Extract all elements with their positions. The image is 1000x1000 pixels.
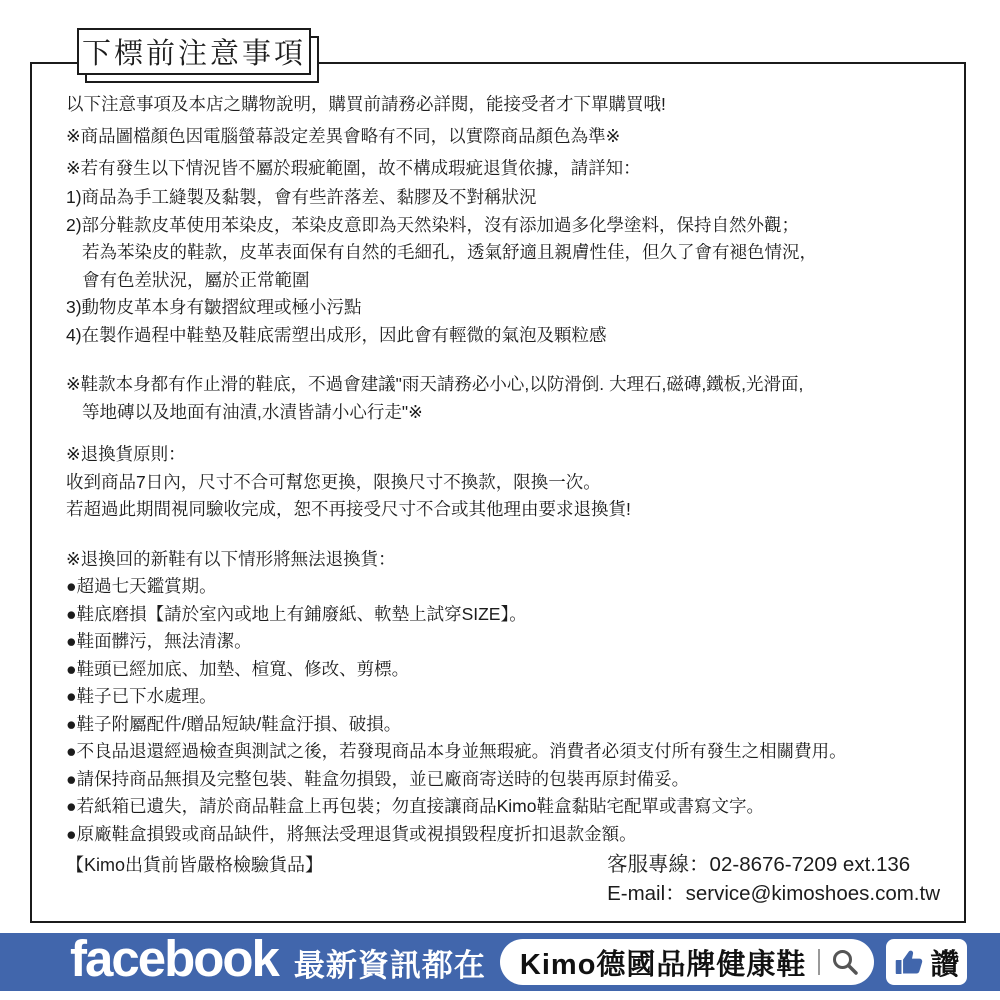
like-label: 讚 bbox=[930, 942, 959, 983]
service-phone: 客服專線：02-8676-7209 ext.136 bbox=[607, 850, 940, 879]
like-button[interactable]: 讚 bbox=[886, 939, 967, 985]
thumbs-up-icon bbox=[894, 946, 926, 978]
notice-line: ※鞋款本身都有作止滑的鞋底，不過會建議"雨天請務必小心,以防滑倒. 大理石,磁磚… bbox=[66, 371, 952, 399]
search-divider bbox=[818, 949, 820, 975]
search-query-text: Kimo德國品牌健康鞋 bbox=[520, 942, 807, 983]
notice-line: 收到商品7日內，尺寸不合可幫您更換，限換尺寸不換款，限換一次。 bbox=[66, 469, 952, 497]
notice-line: ●鞋面髒污，無法清潔。 bbox=[66, 628, 952, 656]
footer: 【Kimo出貨前皆嚴格檢驗貨品】 客服專線：02-8676-7209 ext.1… bbox=[66, 850, 940, 908]
notice-line: 若為苯染皮的鞋款，皮革表面保有自然的毛細孔，透氣舒適且親膚性佳，但久了會有褪色情… bbox=[66, 239, 952, 267]
notice-line: ●原廠鞋盒損毀或商品缺件，將無法受理退貨或視損毀程度折扣退款金額。 bbox=[66, 821, 952, 849]
notice-line: ※若有發生以下情況皆不屬於瑕疵範圍，故不構成瑕疵退貨依據，請詳知： bbox=[66, 152, 952, 184]
notice-line: 1)商品為手工縫製及黏製，會有些許落差、黏膠及不對稱狀況 bbox=[66, 184, 952, 212]
notice-line: 等地磚以及地面有油漬,水漬皆請小心行走"※ bbox=[66, 399, 952, 427]
notice-line: ●請保持商品無損及完整包裝、鞋盒勿損毀，並已廠商寄送時的包裝再原封備妥。 bbox=[66, 766, 952, 794]
page-title: 下標前注意事項 bbox=[77, 28, 311, 75]
notice-line: ●鞋子附屬配件/贈品短缺/鞋盒汙損、破損。 bbox=[66, 711, 952, 739]
notice-line: ●超過七天鑑賞期。 bbox=[66, 573, 952, 601]
inspection-note: 【Kimo出貨前皆嚴格檢驗貨品】 bbox=[66, 850, 323, 880]
service-email: E-mail：service@kimoshoes.com.tw bbox=[607, 879, 940, 908]
notice-line: ●不良品退還經過檢查與測試之後，若發現商品本身並無瑕疵。消費者必須支付所有發生之… bbox=[66, 738, 952, 766]
notice-line: 若超過此期間視同驗收完成，恕不再接受尺寸不合或其他理由要求退換貨! bbox=[66, 496, 952, 524]
notice-line: 會有色差狀況，屬於正常範圍 bbox=[66, 267, 952, 295]
notice-line: ※退換回的新鞋有以下情形將無法退換貨： bbox=[66, 546, 952, 574]
facebook-banner: facebook 最新資訊都在 Kimo德國品牌健康鞋 讚 bbox=[0, 933, 1000, 991]
page: 下標前注意事項 以下注意事項及本店之購物說明，購買前請務必詳閱，能接受者才下單購… bbox=[0, 0, 1000, 1000]
notice-line: ●若紙箱已遺失，請於商品鞋盒上再包裝；勿直接讓商品Kimo鞋盒黏貼宅配單或書寫文… bbox=[66, 793, 952, 821]
notice-line: 3)動物皮革本身有皺摺紋理或極小污點 bbox=[66, 294, 952, 322]
banner-tagline: 最新資訊都在 bbox=[294, 940, 486, 985]
notice-line: 4)在製作過程中鞋墊及鞋底需塑出成形，因此會有輕微的氣泡及顆粒感 bbox=[66, 322, 952, 350]
notice-line: ●鞋子已下水處理。 bbox=[66, 683, 952, 711]
notice-line: ※商品圖檔顏色因電腦螢幕設定差異會略有不同，以實際商品顏色為準※ bbox=[66, 120, 952, 152]
notice-line: 2)部分鞋款皮革使用苯染皮，苯染皮意即為天然染料，沒有添加過多化學塗料，保持自然… bbox=[66, 212, 952, 240]
search-icon[interactable] bbox=[830, 947, 860, 977]
notice-line: ●鞋底磨損【請於室內或地上有鋪廢紙、軟墊上試穿SIZE】。 bbox=[66, 601, 952, 629]
notice-body: 以下注意事項及本店之購物說明，購買前請務必詳閱，能接受者才下單購買哦!※商品圖檔… bbox=[66, 88, 952, 848]
contact-info: 客服專線：02-8676-7209 ext.136 E-mail：service… bbox=[607, 850, 940, 908]
facebook-logo[interactable]: facebook bbox=[70, 930, 278, 988]
notice-line: ※退換貨原則： bbox=[66, 441, 952, 469]
notice-line: ●鞋頭已經加底、加墊、楦寬、修改、剪標。 bbox=[66, 656, 952, 684]
facebook-search-box[interactable]: Kimo德國品牌健康鞋 bbox=[500, 939, 875, 985]
notice-line: 以下注意事項及本店之購物說明，購買前請務必詳閱，能接受者才下單購買哦! bbox=[66, 88, 952, 120]
